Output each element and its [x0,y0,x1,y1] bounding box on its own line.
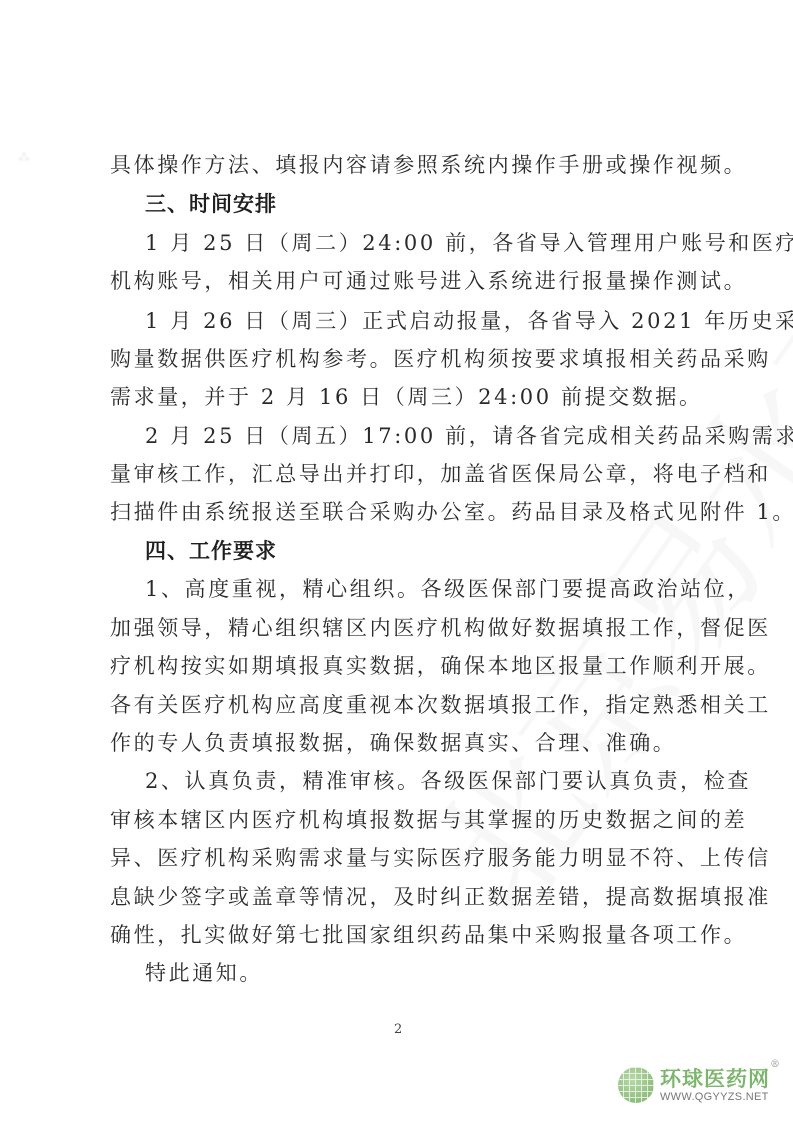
body-line: 各有关医疗机构应高度重视本次数据填报工作，指定熟悉相关工 [110,690,695,720]
document-page: ⁂ 北京易水药 具体操作方法、填报内容请参照系统内操作手册或操作视频。 三、时间… [0,0,793,1121]
body-line: 需求量，并于 2 月 16 日（周三）24:00 前提交数据。 [110,382,695,412]
scan-mark: ⁂ [18,150,40,166]
section-heading-requirements: 四、工作要求 [145,536,695,566]
paragraph-line: 1 月 26 日（周三）正式启动报量，各省导入 2021 年历史采 [145,306,695,336]
paragraph-line: 1 月 25 日（周二）24:00 前，各省导入管理用户账号和医疗 [145,228,695,258]
site-logo[interactable]: 环球医药网 ® WWW.QGYYZS.NET [618,1063,788,1113]
section-heading-schedule: 三、时间安排 [145,189,695,219]
paragraph-line: 2 月 25 日（周五）17:00 前，请各省完成相关药品采购需求 [145,421,695,451]
registered-mark: ® [770,1059,780,1070]
body-line: 购量数据供医疗机构参考。医疗机构须按要求填报相关药品采购 [110,344,695,374]
body-line: 具体操作方法、填报内容请参照系统内操作手册或操作视频。 [110,150,695,180]
body-line: 作的专人负责填报数据，确保数据真实、合理、准确。 [110,728,695,758]
body-line: 机构账号，相关用户可通过账号进入系统进行报量操作测试。 [110,266,695,296]
globe-icon [618,1067,654,1103]
closing-line: 特此通知。 [145,958,695,988]
logo-url: WWW.QGYYZS.NET [660,1091,769,1103]
body-line: 确性，扎实做好第七批国家组织药品集中采购报量各项工作。 [110,920,695,950]
body-line: 疗机构按实如期填报真实数据，确保本地区报量工作顺利开展。 [110,651,695,681]
body-line: 扫描件由系统报送至联合采购办公室。药品目录及格式见附件 1。 [110,497,695,527]
paragraph-line: 1、高度重视，精心组织。各级医保部门要提高政治站位， [145,574,695,604]
body-line: 息缺少签字或盖章等情况，及时纠正数据差错，提高数据填报准 [110,882,695,912]
body-line: 审核本辖区内医疗机构填报数据与其掌握的历史数据之间的差 [110,805,695,835]
body-line: 加强领导，精心组织辖区内医疗机构做好数据填报工作，督促医 [110,613,695,643]
paragraph-line: 2、认真负责，精准审核。各级医保部门要认真负责，检查 [145,766,695,796]
body-line: 量审核工作，汇总导出并打印，加盖省医保局公章，将电子档和 [110,459,695,489]
body-line: 异、医疗机构采购需求量与实际医疗服务能力明显不符、上传信 [110,843,695,873]
logo-title: 环球医药网 [660,1063,770,1093]
page-number: 2 [394,1022,402,1037]
